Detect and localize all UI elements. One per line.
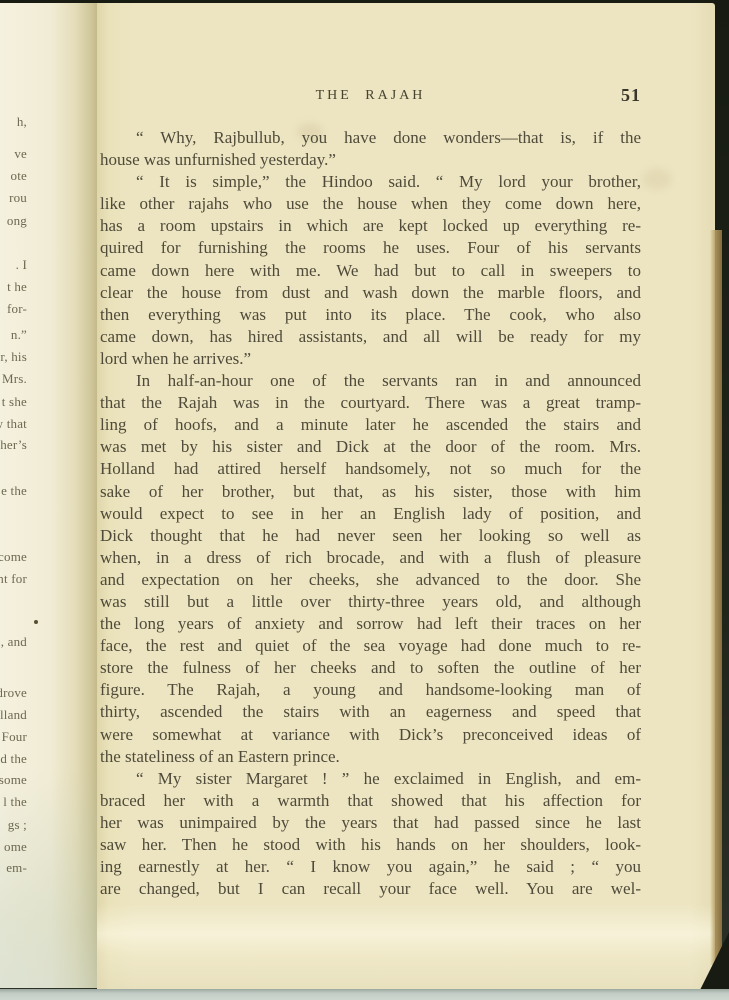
gutter-text-fragment: . I [16,257,27,273]
page-block-edges [710,230,722,965]
text-line: face, the rest and quiet of the sea voya… [100,635,641,657]
gutter-text-fragment: h, [17,114,27,130]
text-line: the long years of anxiety and sorrow had… [100,613,641,635]
text-line: then everything was put into its place. … [100,304,641,326]
text-line: like other rajahs who use the house when… [100,193,641,215]
gutter-text-fragment: r, his [0,349,27,365]
text-line: was still but a little over thirty-three… [100,591,641,613]
paper-stain [642,168,672,190]
text-line: clear the house from dust and wash down … [100,282,641,304]
text-line: ing earnestly at her. “ I know you again… [100,856,641,878]
gutter-text-fragment: drove [0,685,27,701]
gutter-text-fragment: d the [0,751,27,767]
gutter-text-fragment: ve [14,146,27,162]
text-line: figure. The Rajah, a young and handsome-… [100,679,641,701]
gutter-text-fragment: ther’s [0,437,27,453]
gutter-text-fragment: t he [7,279,27,295]
text-line: her was unimpaired by the years that had… [100,812,641,834]
book-scan-scene: h,veoterouong. It hefor-n.”r, hisMrs.t s… [0,0,729,1000]
text-line: house was unfurnished yesterday.” [100,149,641,171]
text-block: “ Why, Rajbullub, you have done wonders—… [100,127,641,900]
gutter-text-fragment: rou [9,190,27,206]
table-surface [0,989,729,1000]
gutter-text-fragment: ome [4,839,27,855]
gutter-text-fragment: nt for [0,571,27,587]
text-line: braced her with a warmth that showed tha… [100,790,641,812]
text-line: was met by his sister and Dick at the do… [100,436,641,458]
text-line: would expect to see in her an English la… [100,503,641,525]
text-line: thirty, ascended the stairs with an eage… [100,701,641,723]
text-line: Dick thought that he had never seen her … [100,525,641,547]
gutter-text-fragment: gs ; [8,817,27,833]
gutter-text-fragment: t she [2,394,27,410]
text-line: lord when he arrives.” [100,348,641,370]
text-line: came down, has hired assistants, and all… [100,326,641,348]
text-line: and expectation on her cheeks, she advan… [100,569,641,591]
text-line: “ Why, Rajbullub, you have done wonders—… [100,127,641,149]
running-title: THE RAJAH [100,88,641,104]
text-line: store the fulness of her cheeks and to s… [100,657,641,679]
text-line: ling of hoofs, and a minute later he asc… [100,414,641,436]
gutter-text-fragment: come [0,549,27,565]
gutter-text-fragment: l the [3,794,27,810]
gutter-text-fragment: n.” [11,327,27,343]
text-line: that the Rajah was in the courtyard. The… [100,392,641,414]
text-line: saw her. Then he stood with his hands on… [100,834,641,856]
page-header: THE RAJAH 51 [100,88,641,110]
text-line: sake of her brother, but that, as his si… [100,481,641,503]
gutter-text-fragment: some [0,772,27,788]
text-line: are changed, but I can recall your face … [100,878,641,900]
gutter-text-fragment: ong [7,213,27,229]
page-curl-highlight [97,904,715,989]
gutter-text-fragment: w that [0,416,27,432]
text-line: when, in a dress of rich brocade, and wi… [100,547,641,569]
gutter-text-fragment: for- [7,301,27,317]
text-line: In half-an-hour one of the servants ran … [100,370,641,392]
page-number: 51 [621,85,641,106]
text-line: the stateliness of an Eastern prince. [100,746,641,768]
text-line: “ My sister Margaret ! ” he exclaimed in… [100,768,641,790]
gutter-text-fragment: e the [1,483,27,499]
text-line: quired for furnishing the rooms he uses.… [100,237,641,259]
gutter-text-fragment: em- [6,860,27,876]
gutter-text-fragment: ote [11,168,27,184]
text-line: Holland had attired herself handsomely, … [100,458,641,480]
gutter-text-fragment: olland [0,707,27,723]
gutter-text-fragment: s, and [0,634,27,650]
gutter-text-fragment: Mrs. [2,371,27,387]
text-line: were somewhat at variance with Dick’s pr… [100,724,641,746]
gutter-text-fragment: Four [2,729,27,745]
text-line: “ It is simple,” the Hindoo said. “ My l… [100,171,641,193]
ink-speck [34,620,38,624]
text-line: came down here with me. We had but to ca… [100,260,641,282]
text-line: has a room upstairs in which are kept lo… [100,215,641,237]
